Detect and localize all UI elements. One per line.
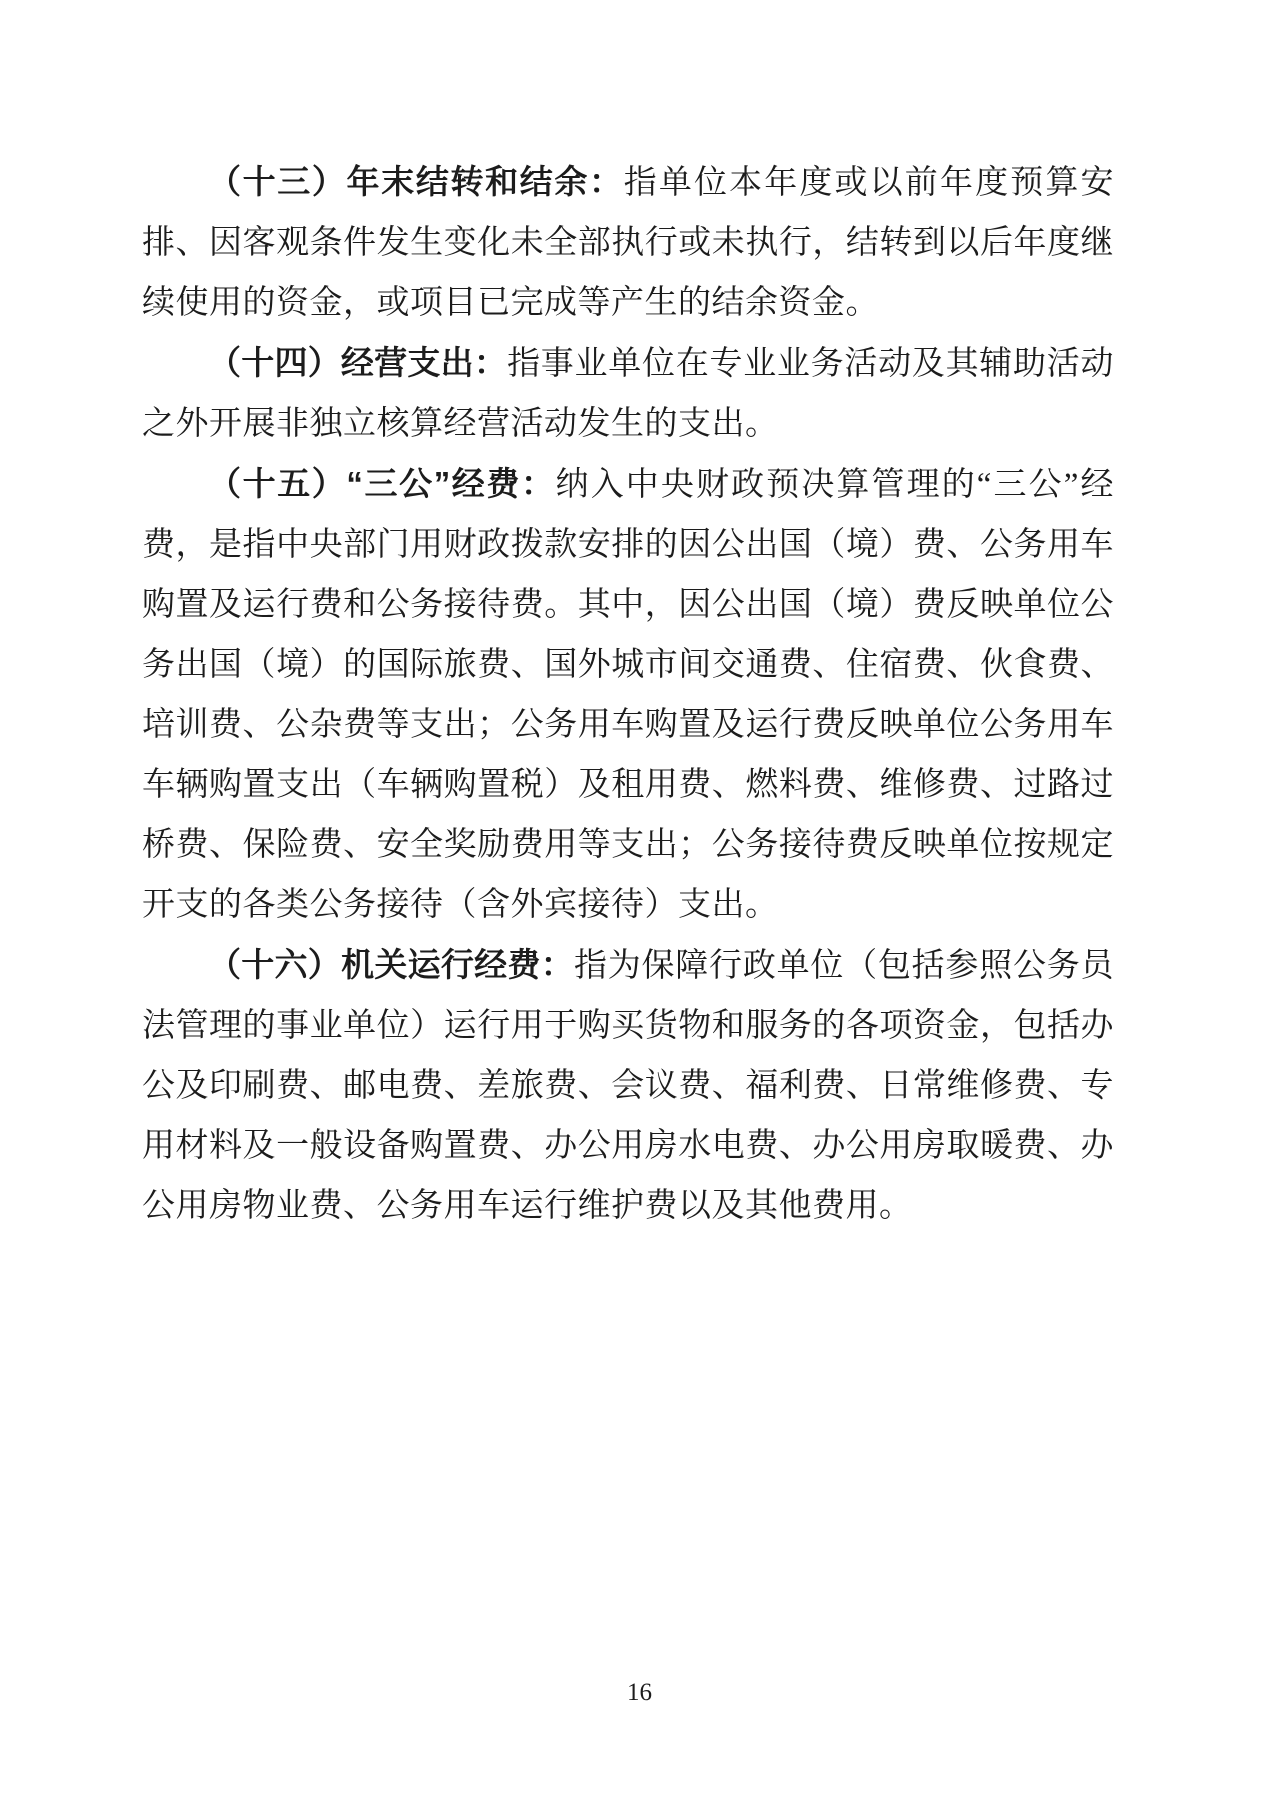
paragraph-13: （十三）年末结转和结余：指单位本年度或以前年度预算安排、因客观条件发生变化未全部… — [142, 152, 1114, 333]
paragraph-15-text: 纳入中央财政预决算管理的“三公”经费，是指中央部门用财政拨款安排的因公出国（境）… — [142, 467, 1114, 923]
paragraph-15: （十五）“三公”经费：纳入中央财政预决算管理的“三公”经费，是指中央部门用财政拨… — [142, 454, 1114, 935]
paragraph-15-heading: （十五）“三公”经费： — [208, 465, 556, 502]
paragraph-14-heading: （十四）经营支出： — [208, 344, 507, 381]
paragraph-16: （十六）机关运行经费：指为保障行政单位（包括参照公务员法管理的事业单位）运行用于… — [142, 935, 1114, 1236]
paragraph-14: （十四）经营支出：指事业单位在专业业务活动及其辅助活动之外开展非独立核算经营活动… — [142, 333, 1114, 454]
paragraph-16-text: 指为保障行政单位（包括参照公务员法管理的事业单位）运行用于购买货物和服务的各项资… — [142, 948, 1114, 1224]
paragraph-16-heading: （十六）机关运行经费： — [208, 946, 574, 983]
paragraph-13-heading: （十三）年末结转和结余： — [208, 163, 624, 200]
page-number: 16 — [0, 1678, 1279, 1708]
document-body: （十三）年末结转和结余：指单位本年度或以前年度预算安排、因客观条件发生变化未全部… — [142, 152, 1114, 1236]
document-page: （十三）年末结转和结余：指单位本年度或以前年度预算安排、因客观条件发生变化未全部… — [0, 0, 1279, 1809]
